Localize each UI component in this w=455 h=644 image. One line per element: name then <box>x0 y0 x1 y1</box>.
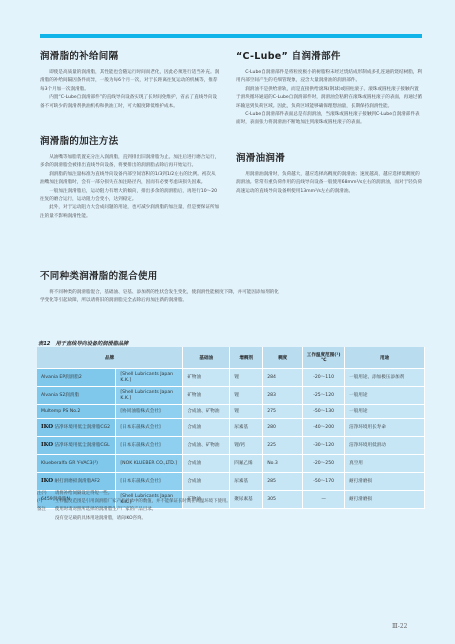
cell-base-oil: 合成油、矿物油 <box>183 405 230 419</box>
cell-use: 洁净环境用长寿命 <box>345 419 425 437</box>
cell-base-oil: 合成油 <box>183 419 230 437</box>
cell-temp: -30～120 <box>303 437 345 455</box>
paragraph: C-Lube自润滑部件是将粒度极小的树脂粉末经过烧结成形制成多孔连通的烧结树脂，… <box>236 69 422 86</box>
cell-use: 耐打滑磨损 <box>345 473 425 491</box>
section-mixing: 不同种类润滑脂的混合使用 将不同种类的润滑脂混合，基础油、皂基、添加剂的性状会发… <box>40 268 280 306</box>
cell-maker: [协同油脂株式会社] <box>116 405 183 419</box>
table-header-row: 品牌 基础油 增稠剂 稠度 工作温度范围(¹)℃ 用途 <box>37 347 425 369</box>
note-text: 使用时请对照所选择的润滑脂生产厂家的产品目录。 <box>55 506 156 514</box>
cell-name: IKO 耐打滑磨损润滑脂AF2 <box>37 473 116 491</box>
table-row: Multemp PS No.2 [协同油脂株式会社] 合成油、矿物油 锂 275… <box>37 405 425 419</box>
cell-base-oil: 矿物油 <box>183 387 230 405</box>
note-text: 没有登记载的具体用途润滑脂，请向IKO咨询。 <box>55 515 146 523</box>
section-fill-method: 润滑脂的加注方法 从油嘴等加脂装置充分注入润滑脂，直到排出旧润滑脂为止。加注后进… <box>40 133 220 221</box>
section-title: “C-Lube” 自润滑部件 <box>236 48 422 62</box>
table-row: Alvania EP润滑脂2 [Shell Lubricants Japan K… <box>37 369 425 387</box>
table-row: IKO 耐打滑磨损润滑脂AF2 [日本东晟株式会社] 合成油 尿素基 285 -… <box>37 473 425 491</box>
paragraph: 一般加注润滑脂后，运动阻力有增大的倾向，排出多余的润滑脂后，再进行10～20往复… <box>40 188 220 205</box>
cell-thickener: 锂/钙 <box>230 437 263 455</box>
cell-use: 一般用途、添加极压添加剂 <box>345 369 425 387</box>
header-thickener: 增稠剂 <box>230 347 263 369</box>
note-text: 请将补给间隔设定得短一些。 <box>55 490 112 498</box>
cell-temp: -20～110 <box>303 369 345 387</box>
cell-consistency: 283 <box>263 387 303 405</box>
note-key: 备注 <box>37 506 55 514</box>
cell-consistency: 275 <box>263 405 303 419</box>
note-row: 没有登记载的具体用途润滑脂，请向IKO咨询。 <box>37 515 437 523</box>
section-title: 不同种类润滑脂的混合使用 <box>40 268 280 282</box>
section-title: 润滑油润滑 <box>236 150 422 164</box>
cell-name: Multemp PS No.2 <box>37 405 116 419</box>
cell-temp: -50～170 <box>303 473 345 491</box>
left-column: 润滑脂的补给间隔 即使是高质量的润滑脂，其性能也会随运行时间而老化，因此必须进行… <box>40 48 220 235</box>
note-row: 备注使用时请对照所选择的润滑脂生产厂家的产品目录。 <box>37 506 437 514</box>
cell-consistency: 225 <box>263 437 303 455</box>
grease-brands-table: 品牌 基础油 增稠剂 稠度 工作温度范围(¹)℃ 用途 Alvania EP润滑… <box>37 347 425 509</box>
header-consistency: 稠度 <box>263 347 303 369</box>
header-use: 用途 <box>345 347 425 369</box>
paragraph: 润滑脂的加注量标准为直线导向设备内部空间容积的1/3到1/2左右的比例。初次从油… <box>40 171 220 188</box>
cell-use: 一般用途 <box>345 405 425 419</box>
header-brand: 品牌 <box>37 347 183 369</box>
section-clube: “C-Lube” 自润滑部件 C-Lube自润滑部件是将粒度极小的树脂粉末经过烧… <box>236 48 422 128</box>
cell-thickener: 锂 <box>230 369 263 387</box>
table-row: IKO 洁净环境用低尘润滑脂CGL [日本东晟株式会社] 合成油、矿物油 锂/钙… <box>37 437 425 455</box>
cell-name: Klueberalfa GR Y-VAC3(²) <box>37 455 116 473</box>
cell-name: IKO 洁净环境用低尘润滑脂CGL <box>37 437 116 455</box>
cell-maker: [Shell Lubricants Japan K.K.] <box>116 387 183 405</box>
header-temp-range: 工作温度范围(¹)℃ <box>303 347 345 369</box>
cell-thickener: 四氟乙烯 <box>230 455 263 473</box>
page-number: Ⅲ-22 <box>392 623 407 630</box>
top-accent-rule <box>40 34 422 38</box>
table-notes: 注(¹)请将补给间隔设定得短一些。 (²)工作温度范围是引用润滑脂厂家产品目录中… <box>37 490 437 523</box>
cell-consistency: 284 <box>263 369 303 387</box>
iko-logo: IKO <box>41 442 53 448</box>
cell-name-text: 洁净环境用低尘润滑脂CGL <box>54 443 109 448</box>
header-temp-unit: ℃ <box>321 358 327 363</box>
paragraph: 用润滑油润滑时，负荷越大，越应选择高稠度的润滑油；速度越高，越应选择低稠度的润滑… <box>236 171 422 196</box>
table-row: Alvania S2润滑脂 [Shell Lubricants Japan K.… <box>37 387 425 405</box>
right-column: “C-Lube” 自润滑部件 C-Lube自润滑部件是将粒度极小的树脂粉末经过烧… <box>236 48 422 210</box>
cell-temp: -50～130 <box>303 405 345 419</box>
iko-logo: IKO <box>41 478 53 484</box>
cell-temp: -40～200 <box>303 419 345 437</box>
paragraph: 即使是高质量的润滑脂，其性能也会随运行时间而老化，因此必须进行适当补充。润滑脂的… <box>40 69 220 94</box>
cell-base-oil: 合成油、矿物油 <box>183 437 230 455</box>
section-oil-lubrication: 润滑油润滑 用润滑油润滑时，负荷越大，越应选择高稠度的润滑油；速度越高，越应选择… <box>236 150 422 196</box>
cell-use: 洁净环境用低滑动 <box>345 437 425 455</box>
table-caption: 表12 用于直线导向设备的润滑脂品牌 <box>38 340 128 347</box>
paragraph: 此外，对于运动阻力大会成问题的用途，也可减少润滑脂的加注量，但是要保证所加注的量… <box>40 204 220 221</box>
cell-temp: -20～250 <box>303 455 345 473</box>
cell-name-text: 耐打滑磨损润滑脂AF2 <box>54 479 99 484</box>
cell-base-oil: 合成油 <box>183 455 230 473</box>
cell-use: 真空用 <box>345 455 425 473</box>
paragraph: C-Lube自润滑部件表面总是有润滑油，当滚珠或圆柱滚子接触到C-Lube自润滑… <box>236 111 422 128</box>
cell-name: Alvania S2润滑脂 <box>37 387 116 405</box>
table-row: IKO 洁净环境用低尘润滑脂CG2 [日本东晟株式会社] 合成油 尿素基 280… <box>37 419 425 437</box>
note-key: (²) <box>37 498 55 506</box>
section-title: 润滑脂的加注方法 <box>40 133 220 147</box>
cell-base-oil: 合成油 <box>183 473 230 491</box>
cell-thickener: 尿素基 <box>230 419 263 437</box>
note-row: (²)工作温度范围是引用润滑脂厂家产品目录中的数值，并不能保证长时间在高温环境下… <box>37 498 437 506</box>
note-row: 注(¹)请将补给间隔设定得短一些。 <box>37 490 437 498</box>
section-title: 润滑脂的补给间隔 <box>40 48 220 62</box>
cell-name: Alvania EP润滑脂2 <box>37 369 116 387</box>
note-key: 注(¹) <box>37 490 55 498</box>
cell-maker: [日本东晟株式会社] <box>116 473 183 491</box>
cell-thickener: 锂 <box>230 405 263 419</box>
note-key <box>37 515 55 523</box>
cell-temp: -25～120 <box>303 387 345 405</box>
note-text: 工作温度范围是引用润滑脂厂家产品目录中的数值，并不能保证长时间在高温环境下使用。 <box>55 498 231 506</box>
paragraph: 将不同种类的润滑脂混合，基础油、皂基、添加剂的性状会发生变化，使润滑性能极度下降… <box>40 289 280 306</box>
cell-maker: [Shell Lubricants Japan K.K.] <box>116 369 183 387</box>
cell-thickener: 锂 <box>230 387 263 405</box>
cell-name: IKO 洁净环境用低尘润滑脂CG2 <box>37 419 116 437</box>
paragraph: 内置“C-Lube自润滑部件”的直线导向设备实现了长时间免维护，省去了直线导向设… <box>40 94 220 111</box>
paragraph: 润滑油不是供给滑轨，而是直接供给滚珠(钢球)或圆柱滚子。滚珠或圆柱滚子接触内置于… <box>236 86 422 111</box>
cell-maker: [NOK KLUEBER CO.,LTD.] <box>116 455 183 473</box>
paragraph: 从油嘴等加脂装置充分注入润滑脂，直到排出旧润滑脂为止。加注后进行磨合运行，多余的… <box>40 154 220 171</box>
cell-thickener: 尿素基 <box>230 473 263 491</box>
cell-maker: [日本东晟株式会社] <box>116 437 183 455</box>
cell-consistency: No.3 <box>263 455 303 473</box>
section-replenish-interval: 润滑脂的补给间隔 即使是高质量的润滑脂，其性能也会随运行时间而老化，因此必须进行… <box>40 48 220 111</box>
cell-name-text: 洁净环境用低尘润滑脂CG2 <box>54 425 110 430</box>
table-row: Klueberalfa GR Y-VAC3(²) [NOK KLUEBER CO… <box>37 455 425 473</box>
cell-consistency: 285 <box>263 473 303 491</box>
cell-maker: [日本东晟株式会社] <box>116 419 183 437</box>
header-base-oil: 基础油 <box>183 347 230 369</box>
cell-use: 一般用途 <box>345 387 425 405</box>
cell-base-oil: 矿物油 <box>183 369 230 387</box>
cell-consistency: 280 <box>263 419 303 437</box>
iko-logo: IKO <box>41 424 53 430</box>
